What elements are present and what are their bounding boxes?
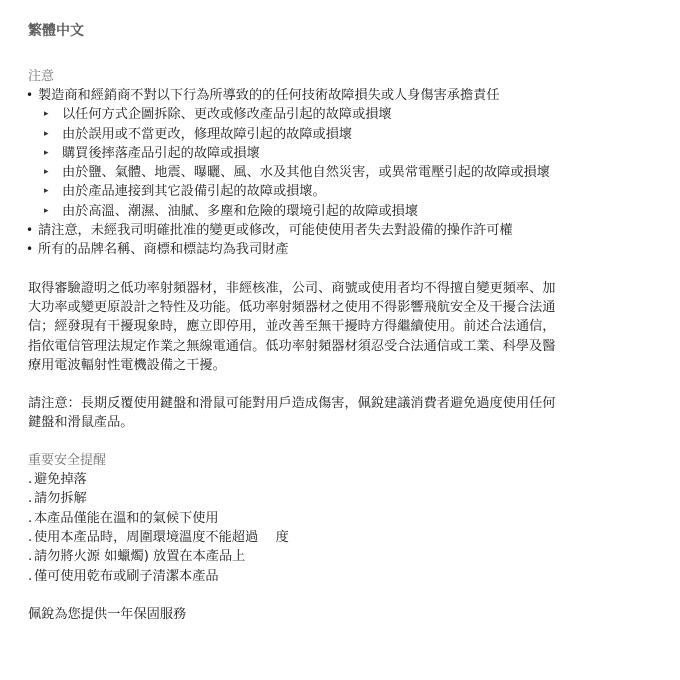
health-line: 請注意：長期反覆使用鍵盤和滑鼠可能對用戶造成傷害，佩銳建議消費者避免過度使用任何 bbox=[28, 394, 658, 413]
safety-item: .避免掉落 bbox=[28, 470, 658, 489]
sub-item: 以任何方式企圖拆除、更改或修改產品引起的故障或損壞 bbox=[28, 105, 658, 124]
safety-item: .請勿將火源 如蠟燭) 放置在本產品上 bbox=[28, 547, 658, 566]
liability-sub-list: 以任何方式企圖拆除、更改或修改產品引起的故障或損壞 由於誤用或不當更改，修理故障… bbox=[28, 105, 658, 221]
notice-bullet: 所有的品牌名稱、商標和標誌均為我司財產 bbox=[28, 240, 658, 259]
sub-item: 由於鹽、氣體、地震、曝曬、風、水及其他自然災害，或異常電壓引起的故障或損壞 bbox=[28, 163, 658, 182]
notice-heading: 注意 bbox=[28, 68, 658, 86]
sub-item: 購買後摔落產品引起的故障或損壞 bbox=[28, 144, 658, 163]
regulatory-paragraph: 取得審驗證明之低功率射頻器材，非經核准，公司、商號或使用者均不得擅自變更頻率、加… bbox=[28, 279, 658, 375]
safety-item: .本產品僅能在溫和的氣候下使用 bbox=[28, 509, 658, 528]
regulatory-line: 取得審驗證明之低功率射頻器材，非經核准，公司、商號或使用者均不得擅自變更頻率、加 bbox=[28, 279, 658, 298]
regulatory-line: 信；經發現有干擾現象時，應立即停用，並改善至無干擾時方得繼續使用。前述合法通信， bbox=[28, 317, 658, 336]
safety-item: .使用本產品時，周圍環境溫度不能超過 度 bbox=[28, 528, 658, 547]
safety-item: .請勿拆解 bbox=[28, 489, 658, 508]
safety-item: .僅可使用乾布或刷子清潔本產品 bbox=[28, 567, 658, 586]
notice-bullet-text: 製造商和經銷商不對以下行為所導致的的任何技術故障損失或人身傷害承擔責任 bbox=[38, 88, 500, 103]
regulatory-line: 指依電信管理法規定作業之無線電通信。低功率射頻器材須忍受合法通信或工業、科學及醫 bbox=[28, 337, 658, 356]
document-page: 繁體中文 注意 製造商和經銷商不對以下行為所導致的的任何技術故障損失或人身傷害承… bbox=[28, 22, 658, 624]
notice-list: 製造商和經銷商不對以下行為所導致的的任何技術故障損失或人身傷害承擔責任 bbox=[28, 86, 658, 105]
warranty-text: 佩銳為您提供一年保固服務 bbox=[28, 605, 658, 624]
health-notice: 請注意：長期反覆使用鍵盤和滑鼠可能對用戶造成傷害，佩銳建議消費者避免過度使用任何… bbox=[28, 394, 658, 433]
safety-list: .避免掉落 .請勿拆解 .本產品僅能在溫和的氣候下使用 .使用本產品時，周圍環境… bbox=[28, 470, 658, 586]
regulatory-line: 療用電波輻射性電機設備之干擾。 bbox=[28, 356, 658, 375]
sub-item: 由於誤用或不當更改，修理故障引起的故障或損壞 bbox=[28, 125, 658, 144]
safety-heading: 重要安全提醒 bbox=[28, 452, 658, 470]
notice-bullet: 製造商和經銷商不對以下行為所導致的的任何技術故障損失或人身傷害承擔責任 bbox=[28, 86, 658, 105]
notice-bullet: 請注意，未經我司明確批准的變更或修改，可能使使用者失去對設備的操作許可權 bbox=[28, 221, 658, 240]
sub-item: 由於高溫、潮濕、油膩、多塵和危險的環境引起的故障或損壞 bbox=[28, 202, 658, 221]
health-line: 鍵盤和滑鼠產品。 bbox=[28, 413, 658, 432]
regulatory-line: 大功率或變更原設計之特性及功能。低功率射頻器材之使用不得影響飛航安全及干擾合法通 bbox=[28, 298, 658, 317]
sub-item: 由於產品連接到其它設備引起的故障或損壞。 bbox=[28, 182, 658, 201]
notice-list-cont: 請注意，未經我司明確批准的變更或修改，可能使使用者失去對設備的操作許可權 所有的… bbox=[28, 221, 658, 260]
language-title: 繁體中文 bbox=[28, 22, 658, 40]
